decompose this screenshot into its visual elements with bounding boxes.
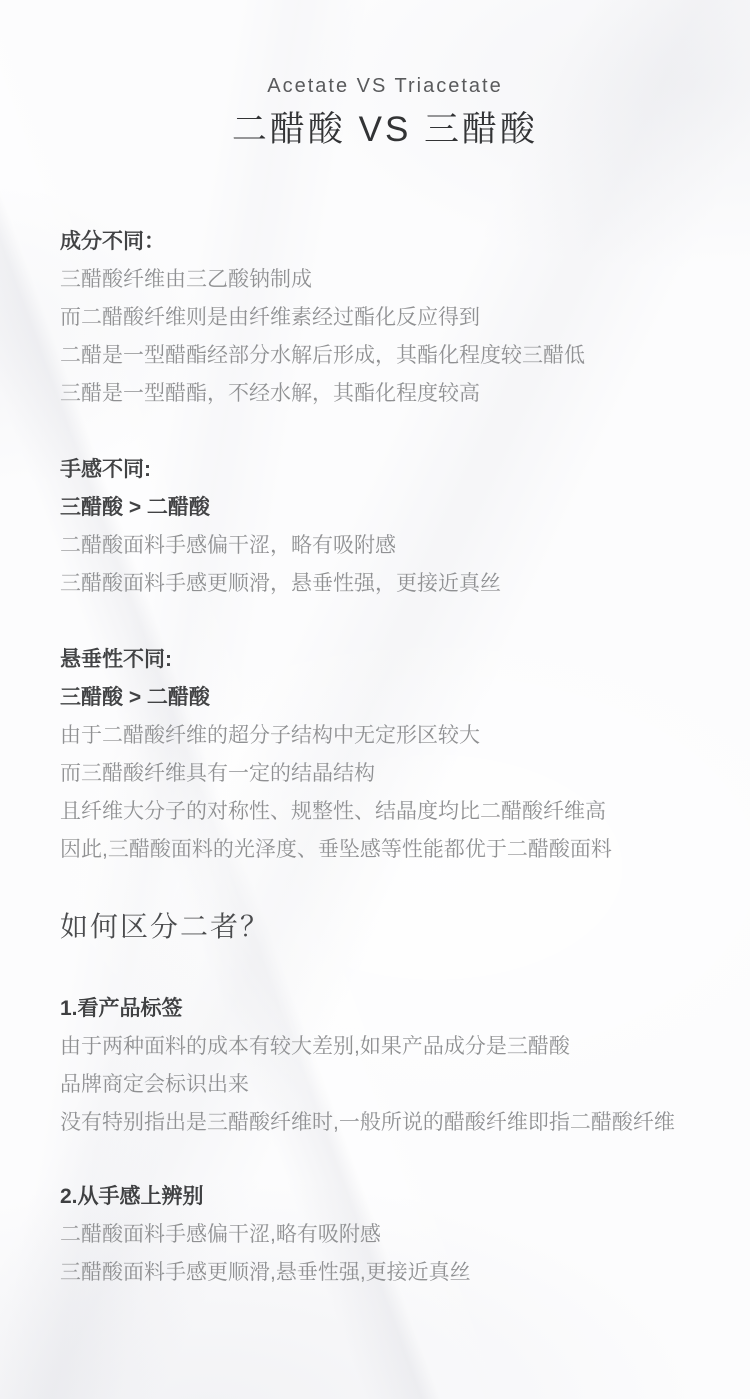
section-hand-feel: 手感不同: 三醋酸 > 二醋酸 二醋酸面料手感偏干涩，略有吸附感 三醋酸面料手感… (60, 451, 710, 603)
body-line: 因此,三醋酸面料的光泽度、垂坠感等性能都优于二醋酸面料 (60, 831, 710, 869)
body-line: 二醋酸面料手感偏干涩，略有吸附感 (60, 527, 710, 565)
body-line: 三醋酸纤维由三乙酸钠制成 (60, 261, 710, 299)
howto-item-touch: 2.从手感上辨别 二醋酸面料手感偏干涩,略有吸附感 三醋酸面料手感更顺滑,悬垂性… (60, 1178, 710, 1292)
comparison-statement: 三醋酸 > 二醋酸 (60, 679, 710, 717)
body-line: 品牌商定会标识出来 (60, 1066, 710, 1104)
howto-item-label-heading: 1.看产品标签 (60, 990, 710, 1028)
page-content: Acetate VS Triacetate 二醋酸 VS 三醋酸 成分不同： 三… (0, 0, 750, 1292)
body-line: 二醋是一型醋酯经部分水解后形成，其酯化程度较三醋低 (60, 337, 710, 375)
body-line: 三醋是一型醋酯，不经水解，其酯化程度较高 (60, 375, 710, 413)
body-line: 而二醋酸纤维则是由纤维素经过酯化反应得到 (60, 299, 710, 337)
howto-item-touch-heading: 2.从手感上辨别 (60, 1178, 710, 1216)
section-composition: 成分不同： 三醋酸纤维由三乙酸钠制成 而二醋酸纤维则是由纤维素经过酯化反应得到 … (60, 223, 710, 413)
product-description-page: Acetate VS Triacetate 二醋酸 VS 三醋酸 成分不同： 三… (0, 0, 750, 1399)
body-line: 由于两种面料的成本有较大差别,如果产品成分是三醋酸 (60, 1028, 710, 1066)
body-line: 而三醋酸纤维具有一定的结晶结构 (60, 755, 710, 793)
section-hand-feel-heading: 手感不同: (60, 451, 710, 489)
title-english: Acetate VS Triacetate (60, 74, 710, 98)
body-line: 三醋酸面料手感更顺滑，悬垂性强，更接近真丝 (60, 565, 710, 603)
page-header: Acetate VS Triacetate 二醋酸 VS 三醋酸 (60, 0, 710, 153)
page-title: 二醋酸 VS 三醋酸 (60, 107, 710, 153)
section-drape-heading: 悬垂性不同: (60, 641, 710, 679)
body-line: 由于二醋酸纤维的超分子结构中无定形区较大 (60, 717, 710, 755)
section-drape: 悬垂性不同: 三醋酸 > 二醋酸 由于二醋酸纤维的超分子结构中无定形区较大 而三… (60, 641, 710, 869)
how-to-distinguish-title: 如何区分二者？ (60, 905, 710, 949)
body-line: 二醋酸面料手感偏干涩,略有吸附感 (60, 1216, 710, 1254)
body-line: 没有特别指出是三醋酸纤维时,一般所说的醋酸纤维即指二醋酸纤维 (60, 1104, 710, 1142)
body-line: 且纤维大分子的对称性、规整性、结晶度均比二醋酸纤维高 (60, 793, 710, 831)
body-line: 三醋酸面料手感更顺滑,悬垂性强,更接近真丝 (60, 1254, 710, 1292)
section-composition-heading: 成分不同： (60, 223, 710, 261)
howto-item-label: 1.看产品标签 由于两种面料的成本有较大差别,如果产品成分是三醋酸 品牌商定会标… (60, 990, 710, 1142)
comparison-statement: 三醋酸 > 二醋酸 (60, 489, 710, 527)
